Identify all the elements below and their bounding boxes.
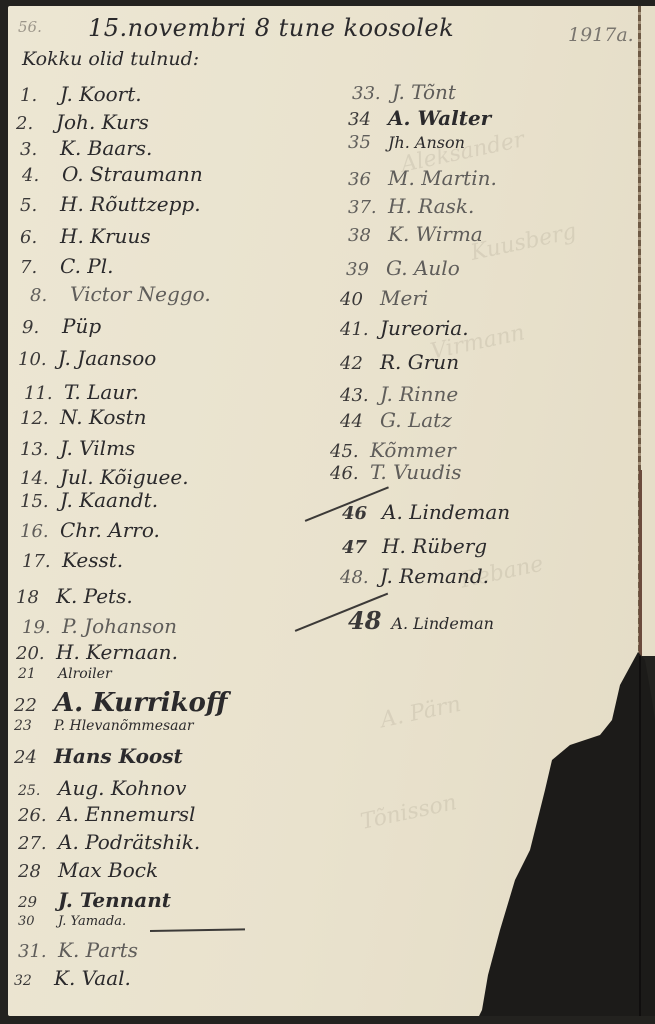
list-item: 16.Chr. Arro. (20, 518, 160, 542)
entry-number: 7. (20, 257, 50, 278)
signature: Hans Koost (54, 744, 183, 768)
signature: Alroiler (58, 666, 112, 682)
entry-number: 30 (18, 914, 48, 929)
list-item: 6.H. Kruus (20, 224, 151, 248)
signature: A. Walter (388, 106, 491, 130)
signature: H. Kruus (60, 224, 151, 248)
list-item: 22A. Kurrikoff (14, 688, 227, 718)
entry-number: 24 (14, 747, 44, 768)
signature: K. Vaal. (54, 966, 131, 990)
signature: T. Laur. (64, 380, 139, 404)
entry-number: 38 (348, 225, 378, 246)
list-item: 2.Joh. Kurs (16, 110, 149, 134)
entry-number: 45. (330, 441, 360, 462)
list-item: 29J. Tennant (18, 888, 171, 912)
entry-number: 46. (330, 463, 360, 484)
list-item: 39G. Aulo (346, 256, 460, 280)
entry-number: 14. (20, 468, 50, 489)
signature: M. Martin. (388, 166, 497, 190)
signature: H. Rõuttzepp. (60, 192, 201, 216)
signature: Jureoria. (380, 316, 469, 340)
list-item: 5.H. Rõuttzepp. (20, 192, 201, 216)
list-item: 36M. Martin. (348, 166, 497, 190)
list-item: 20.H. Kernaan. (16, 640, 178, 664)
signature: J. Tennant (58, 888, 171, 912)
entry-number: 19. (22, 617, 52, 638)
entry-number: 36 (348, 169, 378, 190)
list-item: 26.A. Ennemursl (18, 802, 195, 826)
list-item: 48A. Lindeman (348, 606, 494, 635)
signature: Chr. Arro. (60, 518, 160, 542)
list-item: 9.Püp (22, 314, 101, 338)
list-item: 7.C. Pl. (20, 254, 114, 278)
entry-number: 6. (20, 227, 50, 248)
signature: C. Pl. (60, 254, 114, 278)
signature: A. Kurrikoff (54, 688, 227, 718)
signature: A. Podrätshik. (58, 830, 200, 854)
signature: G. Aulo (386, 256, 460, 280)
list-item: 4.O. Straumann (22, 162, 203, 186)
signature: T. Vuudis (370, 460, 462, 484)
list-item: 1.J. Koort. (20, 82, 142, 106)
list-item: 24Hans Koost (14, 744, 183, 768)
entry-number: 11. (24, 383, 54, 404)
signature: J. Koort. (60, 82, 142, 106)
list-item: 43.J. Rinne (340, 382, 458, 406)
entry-number: 46 (342, 503, 372, 524)
signature: Max Bock (58, 858, 158, 882)
list-item: 14.Jul. Kõiguee. (20, 465, 189, 489)
signature: A. Lindeman (391, 614, 494, 633)
list-item: 37.H. Rask. (348, 194, 474, 218)
list-item: 48.J. Remand. (340, 564, 489, 588)
signature: K. Wirma (388, 222, 483, 246)
signature: A. Ennemursl (58, 802, 195, 826)
signature: Victor Neggo. (70, 282, 211, 306)
signature: P. Hlevanõmmesaar (54, 718, 194, 734)
entry-number: 40 (340, 289, 370, 310)
entry-number: 29 (18, 893, 48, 911)
signature: K. Baars. (60, 136, 152, 160)
entry-number: 9. (22, 317, 52, 338)
entry-number: 31. (18, 941, 48, 962)
list-item: 40Meri (340, 286, 428, 310)
list-item: 46A. Lindeman (342, 500, 510, 524)
signature: H. Kernaan. (56, 640, 178, 664)
list-item: 11.T. Laur. (24, 380, 139, 404)
entry-number: 26. (18, 805, 48, 826)
entry-number: 8. (30, 285, 60, 306)
binding-spine-lower (639, 470, 642, 660)
entry-number: 33. (352, 83, 382, 104)
entry-number: 34 (348, 109, 378, 130)
signature: J. Rinne (380, 382, 458, 406)
list-item: 23P. Hlevanõmmesaar (14, 718, 194, 734)
signature: G. Latz (380, 408, 452, 432)
signature: N. Kostn (60, 405, 147, 429)
list-item: 12.N. Kostn (20, 405, 147, 429)
signature: Kõmmer (370, 438, 456, 462)
list-item: 30J. Yamada. (18, 914, 126, 929)
list-item: 42R. Grun (340, 350, 459, 374)
list-item: 35Jh. Anson (348, 132, 465, 153)
entry-number: 10. (18, 349, 48, 370)
list-item: 31.K. Parts (18, 938, 138, 962)
entry-number: 39 (346, 259, 376, 280)
signature: H. Rüberg (382, 534, 487, 558)
entry-number: 21 (18, 666, 48, 682)
facing-page-edge (641, 6, 655, 656)
signature: J. Remand. (380, 564, 489, 588)
entry-number: 48. (340, 567, 370, 588)
signature: Aug. Kohnov (58, 776, 186, 800)
list-item: 46.T. Vuudis (330, 460, 462, 484)
list-item: 33.J. Tõnt (352, 80, 456, 104)
signature: Jul. Kõiguee. (60, 465, 189, 489)
list-item: 15.J. Kaandt. (20, 488, 158, 512)
list-item: 18K. Pets. (16, 584, 133, 608)
entry-number: 25. (18, 783, 48, 799)
entry-number: 20. (16, 643, 46, 664)
signature: J. Yamada. (58, 914, 126, 929)
list-item: 19.P. Johanson (22, 614, 177, 638)
page-year: 1917a. (568, 24, 634, 46)
entry-number: 28 (18, 861, 48, 882)
signature: R. Grun (380, 350, 459, 374)
entry-number: 13. (20, 439, 50, 460)
entry-number: 42 (340, 353, 370, 374)
page-number: 56. (18, 18, 42, 36)
signature: O. Straumann (62, 162, 203, 186)
list-item: 21Alroiler (18, 666, 112, 682)
list-item: 32K. Vaal. (14, 966, 131, 990)
entry-number: 47 (342, 537, 372, 558)
signature: K. Parts (58, 938, 138, 962)
entry-number: 1. (20, 85, 50, 106)
list-item: 25.Aug. Kohnov (18, 776, 186, 800)
list-item: 34A. Walter (348, 106, 491, 130)
entry-number: 44 (340, 411, 370, 432)
entry-number: 27. (18, 833, 48, 854)
list-item: 38K. Wirma (348, 222, 483, 246)
signature: Kesst. (62, 548, 123, 572)
signature: J. Tõnt (392, 80, 456, 104)
list-item: 10.J. Jaansoo (18, 346, 156, 370)
signature: P. Johanson (62, 614, 177, 638)
entry-number: 23 (14, 718, 44, 734)
signature: Püp (62, 314, 101, 338)
signature: A. Lindeman (382, 500, 510, 524)
entry-number: 5. (20, 195, 50, 216)
list-item: 17.Kesst. (22, 548, 123, 572)
list-item: 8.Victor Neggo. (30, 282, 211, 306)
list-item: 45.Kõmmer (330, 438, 456, 462)
entry-number: 32 (14, 973, 44, 989)
entry-number: 48 (348, 606, 381, 635)
list-item: 41.Jureoria. (340, 316, 469, 340)
attendance-heading: Kokku olid tulnud: (22, 48, 199, 70)
signature: Meri (380, 286, 428, 310)
list-item: 44G. Latz (340, 408, 452, 432)
entry-number: 3. (20, 139, 50, 160)
signature: H. Rask. (388, 194, 474, 218)
list-item: 47H. Rüberg (342, 534, 487, 558)
signature: K. Pets. (56, 584, 133, 608)
entry-number: 18 (16, 587, 46, 608)
entry-number: 16. (20, 521, 50, 542)
list-item: 28Max Bock (18, 858, 158, 882)
list-item: 3.K. Baars. (20, 136, 152, 160)
entry-number: 15. (20, 491, 50, 512)
entry-number: 37. (348, 197, 378, 218)
entry-number: 43. (340, 385, 370, 406)
entry-number: 4. (22, 165, 52, 186)
signature: J. Kaandt. (60, 488, 158, 512)
entry-number: 35 (348, 132, 378, 153)
page-title: 15.novembri 8 tune koosolek (88, 14, 454, 42)
list-item: 27.A. Podrätshik. (18, 830, 200, 854)
signature: Jh. Anson (388, 133, 465, 152)
list-item: 13.J. Vilms (20, 436, 135, 460)
entry-number: 22 (14, 695, 44, 716)
signature: J. Vilms (60, 436, 135, 460)
entry-number: 12. (20, 408, 50, 429)
signature: J. Jaansoo (58, 346, 156, 370)
entry-number: 41. (340, 319, 370, 340)
entry-number: 17. (22, 551, 52, 572)
entry-number: 2. (16, 113, 46, 134)
signature: Joh. Kurs (56, 110, 149, 134)
